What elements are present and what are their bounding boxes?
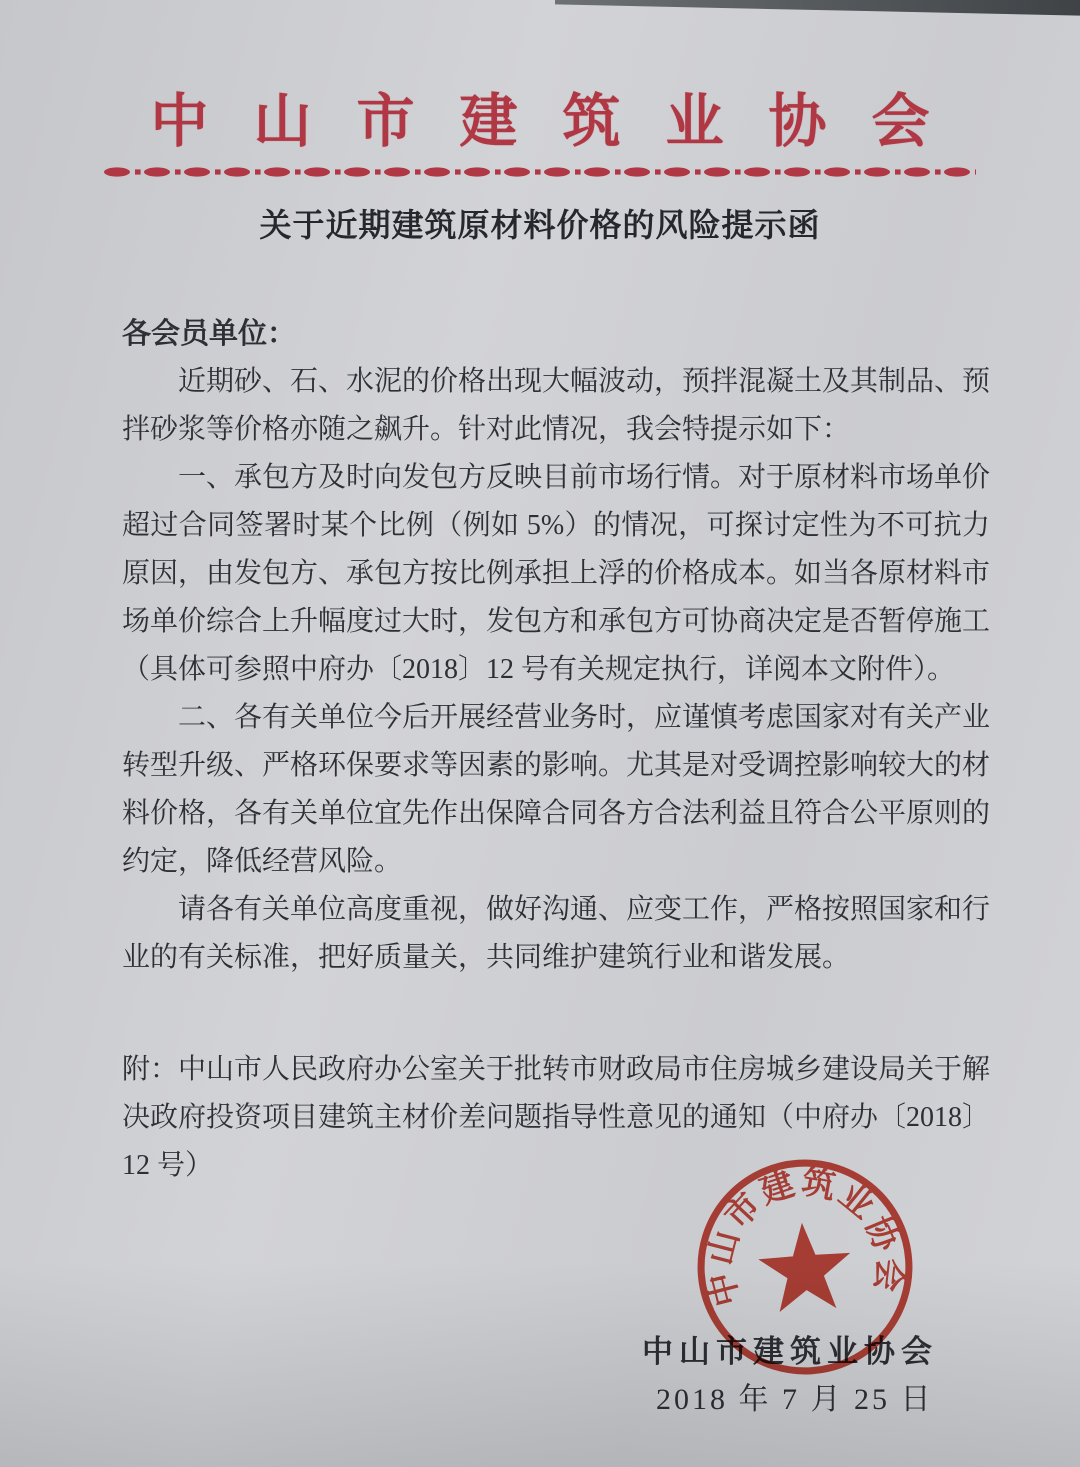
- document-page: 中山市建筑业协会 关于近期建筑原材料价格的风险提示函 各会员单位： 近期砂、石、…: [0, 0, 1080, 1467]
- paragraph-item-1: 一、承包方及时向发包方反映目前市场行情。对于原材料市场单价超过合同签署时某个比例…: [122, 454, 990, 694]
- org-name: 中山市建筑业协会: [0, 86, 1080, 158]
- paragraph-intro: 近期砂、石、水泥的价格出现大幅波动，预拌混凝土及其制品、预拌砂浆等价格亦随之飙升…: [122, 358, 990, 454]
- salutation: 各会员单位：: [122, 310, 990, 358]
- doc-title: 关于近期建筑原材料价格的风险提示函: [0, 202, 1080, 248]
- paragraph-item-2: 二、各有关单位今后开展经营业务时，应谨慎考虑国家对有关产业转型升级、严格环保要求…: [122, 694, 990, 886]
- paragraph-closing: 请各有关单位高度重视，做好沟通、应变工作，严格按照国家和行业的有关标准，把好质量…: [122, 886, 990, 982]
- star-icon: [756, 1219, 854, 1313]
- letter-body: 各会员单位： 近期砂、石、水泥的价格出现大幅波动，预拌混凝土及其制品、预拌砂浆等…: [122, 310, 990, 1190]
- paper-top-edge-shadow: [555, 0, 1080, 20]
- red-dash-dot-divider: [104, 166, 976, 178]
- official-seal-stamp: 中山市建筑业协会: [684, 1146, 925, 1387]
